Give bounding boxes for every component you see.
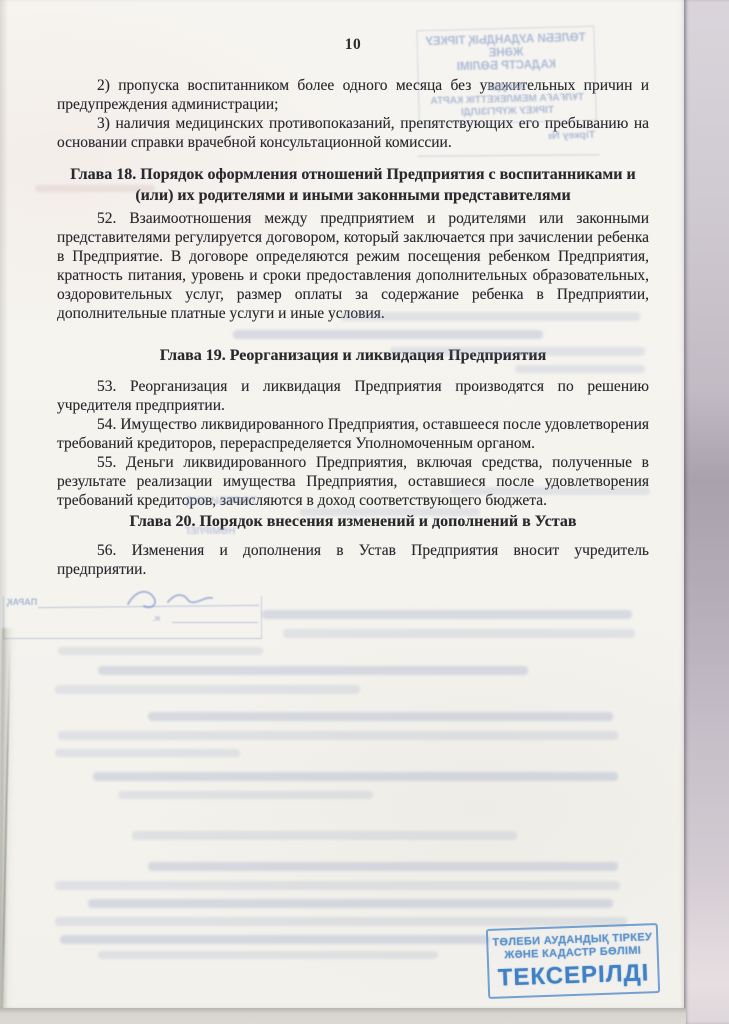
bleed-row (148, 712, 613, 721)
verification-stamp-verified-label: ТЕКСЕРІЛДІ (491, 959, 656, 992)
bleed-row (58, 647, 263, 655)
clause-55-paragraph: 55. Деньги ликвидированного Предприятия,… (57, 453, 649, 510)
clause-53-paragraph: 53. Реорганизация и ликвидация Предприят… (57, 377, 649, 415)
page-label-mirrored: ПАРАҚ (7, 597, 37, 607)
bleed-row (132, 831, 517, 840)
bleed-row (60, 935, 490, 944)
scanner-background-right (684, 0, 729, 1024)
bleed-row (300, 508, 480, 516)
stamp-note-mirrored: ж. (152, 613, 161, 623)
bleed-row (35, 185, 155, 192)
bleed-row (93, 772, 618, 781)
bleed-row (55, 917, 627, 926)
bleed-row (118, 791, 373, 799)
bleed-row (283, 629, 635, 638)
scanned-document-screenshot: { "page": { "number": "10" }, "content":… (0, 0, 729, 1024)
bleed-row (55, 881, 620, 890)
clause-54-paragraph: 54. Имущество ликвидированного Предприят… (57, 415, 649, 453)
bleed-row (262, 610, 632, 619)
handwriting-mark-bleedthrough (124, 584, 216, 614)
registration-stamp-bleedthrough: ТӨЛЕБИ АУДАНДЫҚ ТІРКЕУ ЖӘНЕ КАДАСТР БӨЛІ… (416, 26, 597, 157)
bleed-row (55, 685, 360, 694)
bleed-row (55, 749, 240, 757)
document-page: 10 2) пропуска воспитанником более одног… (0, 0, 686, 1008)
bleed-row (340, 312, 640, 321)
clause-52-paragraph: 52. Взаимоотношения между предприятием и… (57, 209, 649, 323)
bleed-row (58, 731, 618, 740)
stamp-registration-number-label: Тіркеу № (419, 129, 597, 146)
bleed-row (98, 951, 438, 959)
stamp-rule-line (172, 622, 258, 623)
bleed-row (98, 666, 528, 675)
bleedthrough-word: НӨМІРЛЕГ (184, 526, 236, 537)
bleed-row (88, 899, 613, 908)
bleed-row (390, 347, 645, 356)
bleed-row (515, 365, 645, 373)
scanner-background-bottom (0, 1008, 686, 1024)
bleed-row (450, 487, 650, 495)
verification-stamp: ТӨЛЕБИ АУДАНДЫҚ ТІРКЕУ ЖӘНЕ КАДАСТР БӨЛІ… (486, 923, 660, 999)
bleed-row (233, 330, 543, 339)
bleed-row (148, 862, 618, 871)
bleedthrough-word: ТӨЛЕБИ АУД (186, 495, 257, 507)
registration-stamp-border: ТӨЛЕБИ АУДАНДЫҚ ТІРКЕУ ЖӘНЕ КАДАСТР БӨЛІ… (416, 26, 596, 126)
clause-56-paragraph: 56. Изменения и дополнения в Устав Предп… (57, 541, 649, 579)
